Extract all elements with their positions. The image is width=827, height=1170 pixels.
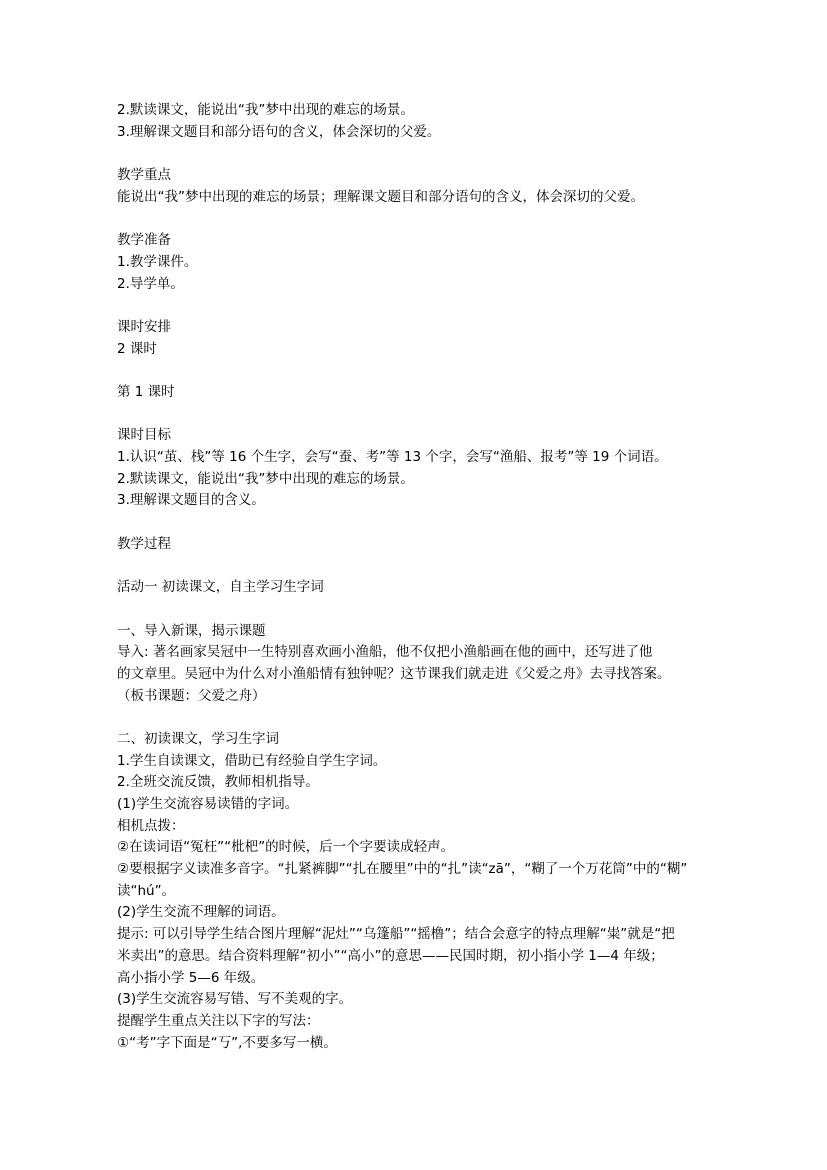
objective-item: 2.默读课文，能说出“我”梦中出现的难忘的场景。	[117, 100, 717, 122]
blank-line	[117, 707, 717, 729]
blank-line	[117, 512, 717, 534]
reading-text-line: (3)学生交流容易写错、写不美观的字。	[117, 989, 717, 1011]
key-points-text: 能说出“我”梦中出现的难忘的场景；理解课文题目和部分语句的含义，体会深切的父爱。	[117, 187, 717, 209]
intro-text-line: 的文章里。吴冠中为什么对小渔船情有独钟呢？这节课我们就走进《父爱之舟》去寻找答案…	[117, 664, 717, 686]
reading-text-line: 提醒学生重点关注以下字的写法：	[117, 1011, 717, 1033]
reading-text-line: ②在读词语“冤枉”“枇杷”的时候，后一个字要读成轻声。	[117, 837, 717, 859]
blank-line	[117, 555, 717, 577]
reading-text-line: (1)学生交流容易读错的字词。	[117, 794, 717, 816]
blank-line	[117, 208, 717, 230]
blank-line	[117, 295, 717, 317]
reading-text-line: 高小指小学 5—6 年级。	[117, 968, 717, 990]
reading-text-line: 2.全班交流反馈，教师相机指导。	[117, 772, 717, 794]
blank-line	[117, 599, 717, 621]
reading-text-line: 读“hú”。	[117, 881, 717, 903]
preparation-item: 2.导学单。	[117, 274, 717, 296]
lesson-objective-item: 2.默读课文，能说出“我”梦中出现的难忘的场景。	[117, 469, 717, 491]
activity-heading: 活动一 初读课文，自主学习生字词	[117, 577, 717, 599]
lesson-heading: 第 1 课时	[117, 382, 717, 404]
reading-text-line: ②要根据字义读准多音字。“扎紧裤脚”“扎在腰里”中的“扎”读“zā”，“糊了一个…	[117, 859, 717, 881]
intro-text-line: （板书课题：父爱之舟）	[117, 686, 717, 708]
section-heading-preparation: 教学准备	[117, 230, 717, 252]
blank-line	[117, 143, 717, 165]
section-heading-key-points: 教学重点	[117, 165, 717, 187]
section-heading-lesson-objectives: 课时目标	[117, 425, 717, 447]
intro-text-line: 导入: 著名画家吴冠中一生特别喜欢画小渔船，他不仅把小渔船画在他的画中，还写进了…	[117, 642, 717, 664]
reading-text-line: ①“考”字下面是“丂”,不要多写一横。	[117, 1033, 717, 1055]
reading-text-line: 相机点拨：	[117, 816, 717, 838]
section-heading-process: 教学过程	[117, 534, 717, 556]
preparation-item: 1.教学课件。	[117, 252, 717, 274]
lesson-objective-item: 1.认识“茧、栈”等 16 个生字，会写“蚕、考”等 13 个字，会写“渔船、报…	[117, 447, 717, 469]
document-page: 2.默读课文，能说出“我”梦中出现的难忘的场景。 3.理解课文题目和部分语句的含…	[117, 100, 717, 1054]
reading-text-line: 1.学生自读课文，借助已有经验自学生字词。	[117, 751, 717, 773]
blank-line	[117, 360, 717, 382]
objective-item: 3.理解课文题目和部分语句的含义，体会深切的父爱。	[117, 122, 717, 144]
blank-line	[117, 404, 717, 426]
step-heading-intro: 一、导入新课，揭示课题	[117, 621, 717, 643]
section-heading-schedule: 课时安排	[117, 317, 717, 339]
step-heading-reading: 二、初读课文，学习生字词	[117, 729, 717, 751]
schedule-text: 2 课时	[117, 339, 717, 361]
reading-text-line: 米卖出”的意思。结合资料理解“初小”“高小”的意思——民国时期，初小指小学 1—…	[117, 946, 717, 968]
reading-text-line: 提示: 可以引导学生结合图片理解“泥灶”“乌篷船”“摇橹”；结合会意字的特点理解…	[117, 924, 717, 946]
lesson-objective-item: 3.理解课文题目的含义。	[117, 490, 717, 512]
reading-text-line: (2)学生交流不理解的词语。	[117, 902, 717, 924]
